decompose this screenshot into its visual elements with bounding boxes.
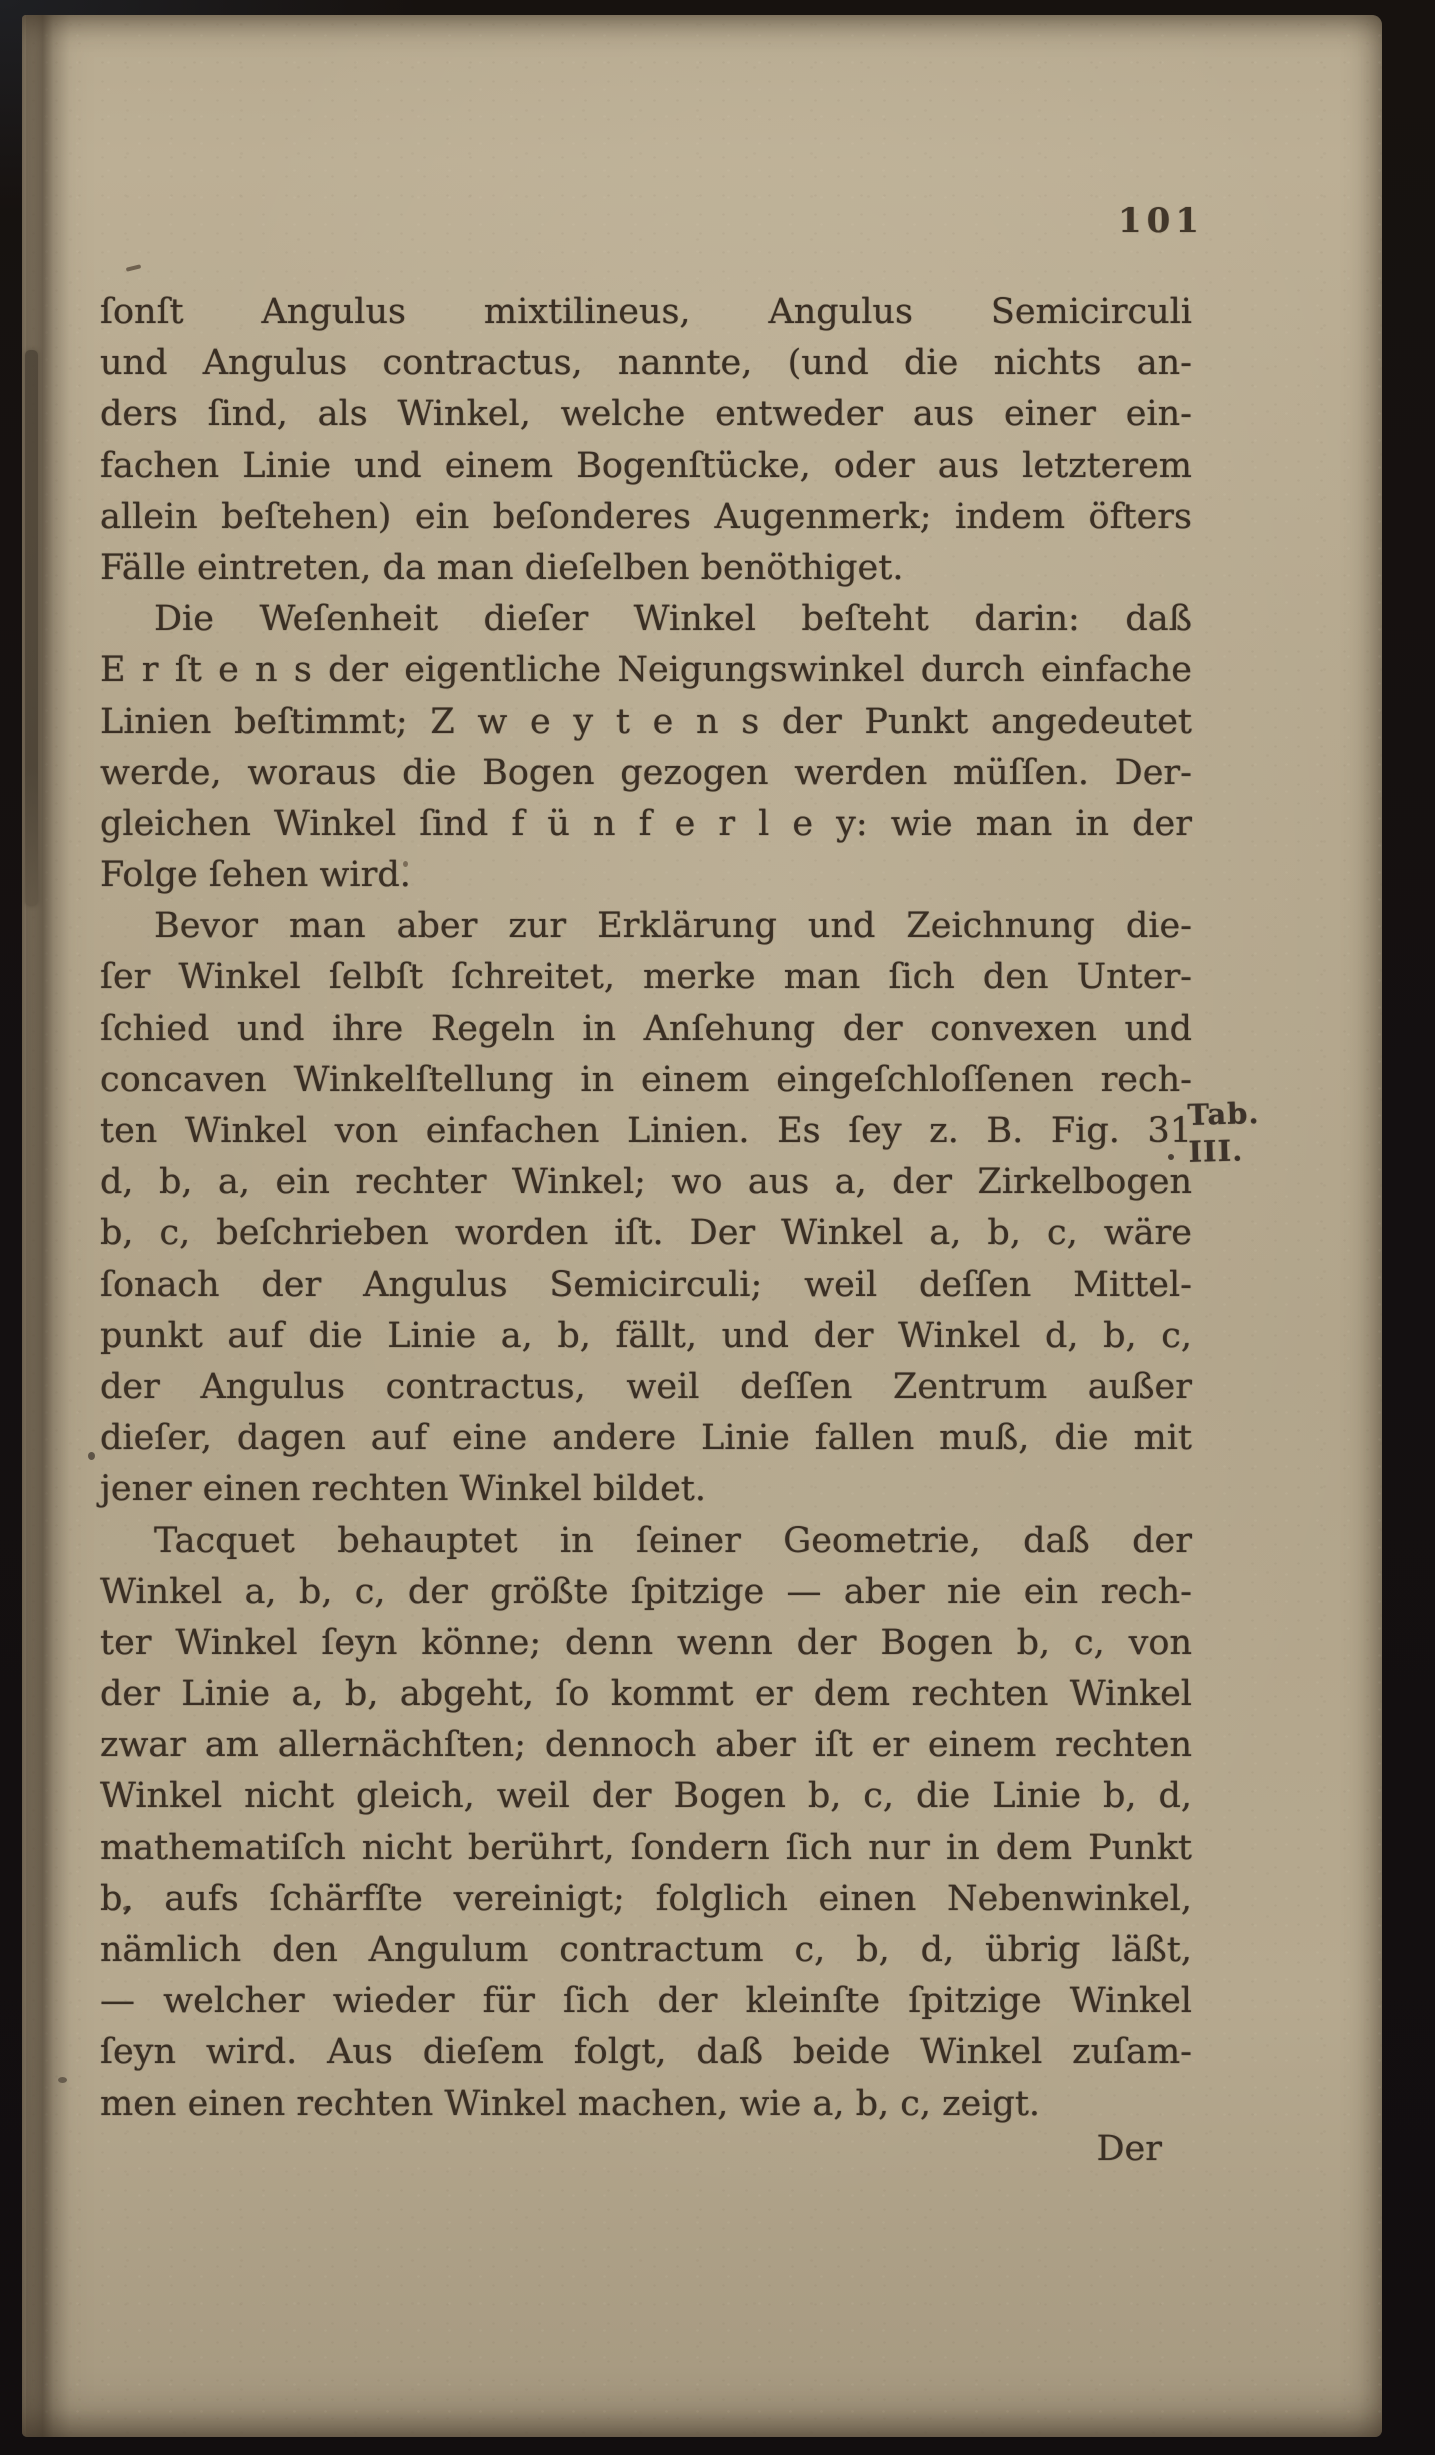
text-line: b, c, beſchrieben worden iſt. Der Winkel…	[100, 1208, 1192, 1259]
paper-speck	[88, 1452, 95, 1460]
text-line: der Angulus contractus, weil deſſen Zent…	[100, 1362, 1192, 1413]
text-line: zwar am allernächſten; dennoch aber iſt …	[100, 1720, 1192, 1771]
text-line: Bevor man aber zur Erklärung und Zeichnu…	[100, 901, 1192, 952]
text-line: ſchied und ihre Regeln in Anſehung der c…	[100, 1004, 1192, 1055]
text-line: ſer Winkel ſelbſt ſchreitet, merke man ſ…	[100, 952, 1192, 1003]
text-line: b, aufs ſchärfſte vereinigt; folglich ei…	[100, 1874, 1192, 1925]
text-line: jener einen rechten Winkel bildet.	[100, 1464, 1192, 1515]
text-line: concaven Winkelſtellung in einem eingeſc…	[100, 1055, 1192, 1106]
gutter-ink-streak	[25, 350, 38, 906]
text-line: punkt auf die Linie a, b, fällt, und der…	[100, 1311, 1192, 1362]
text-line: E r ſt e n s der eigentliche Neigungswin…	[100, 645, 1192, 696]
text-line: Fälle eintreten, da man dieſelben benöth…	[100, 543, 1192, 594]
text-line: fachen Linie und einem Bogenſtücke, oder…	[100, 441, 1192, 492]
margin-note-line: III.	[1188, 1132, 1261, 1171]
text-line: d, b, a, ein rechter Winkel; wo aus a, d…	[100, 1157, 1192, 1208]
text-line: — welcher wieder für ſich der kleinſte ſ…	[100, 1976, 1192, 2027]
text-line: Winkel a, b, c, der größte ſpitzige — ab…	[100, 1567, 1192, 1618]
text-block: ſonſt Angulus mixtilineus, Angulus Semic…	[100, 287, 1192, 2130]
paper-speck	[58, 2077, 67, 2083]
text-line: Winkel nicht gleich, weil der Bogen b, c…	[100, 1771, 1192, 1822]
text-line: ſonſt Angulus mixtilineus, Angulus Semic…	[100, 287, 1192, 338]
text-line: Tacquet behauptet in ſeiner Geometrie, d…	[100, 1516, 1192, 1567]
text-line: und Angulus contractus, nannte, (und die…	[100, 338, 1192, 389]
text-line: der Linie a, b, abgeht, ſo kommt er dem …	[100, 1669, 1192, 1720]
page-number: 101	[1118, 201, 1204, 241]
text-line: Linien beſtimmt; Z w e y t e n s der Pun…	[100, 697, 1192, 748]
text-line: ſeyn wird. Aus dieſem folgt, daß beide W…	[100, 2027, 1192, 2078]
text-line: ſonach der Angulus Semicirculi; weil deſ…	[100, 1260, 1192, 1311]
catchword: Der	[922, 2129, 1162, 2169]
text-line: mathematiſch nicht berührt, ſondern ſich…	[100, 1823, 1192, 1874]
text-line: gleichen Winkel ſind f ü n f e r l e y: …	[100, 799, 1192, 850]
text-line: werde, woraus die Bogen gezogen werden m…	[100, 748, 1192, 799]
paper-speck	[126, 264, 142, 272]
text-line: dieſer, dagen auf eine andere Linie fall…	[100, 1413, 1192, 1464]
text-line: Folge ſehen wird.	[100, 850, 1192, 901]
text-line: allein beſtehen) ein beſonderes Augenmer…	[100, 492, 1192, 543]
scanned-book-photo: 101 ſonſt Angulus mixtilineus, Angulus S…	[0, 0, 1435, 2455]
text-line: ders ſind, als Winkel, welche entweder a…	[100, 389, 1192, 440]
book-page: 101 ſonſt Angulus mixtilineus, Angulus S…	[22, 15, 1382, 2437]
text-line: nämlich den Angulum contractum c, b, d, …	[100, 1925, 1192, 1976]
text-line: ter Winkel ſeyn könne; denn wenn der Bog…	[100, 1618, 1192, 1669]
text-line: ten Winkel von einfachen Linien. Es ſey …	[100, 1106, 1192, 1157]
text-line: Die Weſenheit dieſer Winkel beſteht dari…	[100, 594, 1192, 645]
margin-note-line: Tab.	[1187, 1095, 1260, 1134]
gutter-shadow	[26, 15, 70, 2437]
text-line: men einen rechten Winkel machen, wie a, …	[100, 2079, 1192, 2130]
margin-note-tab-iii: Tab. III.	[1187, 1095, 1261, 1171]
